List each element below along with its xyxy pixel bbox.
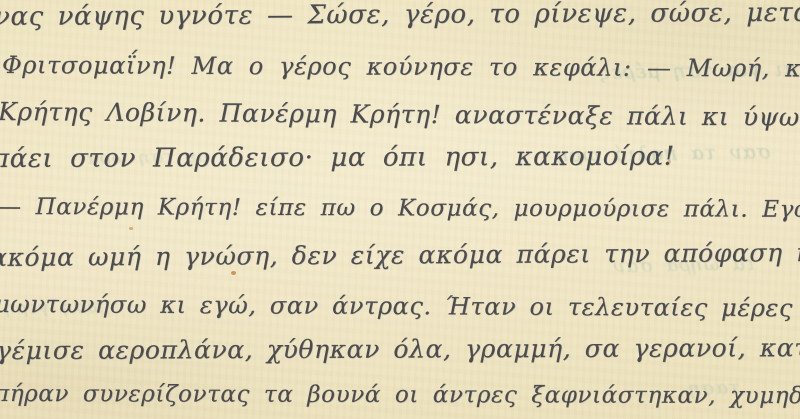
manuscript-line-3: Κρήτης Λοβίνη. Πανέρμη Κρήτη! αναστέναξε… xyxy=(0,97,800,133)
manuscript-line-2: Φριτσομαΐνη! Μα ο γέρος κούνησε το κεφάλ… xyxy=(2,51,800,84)
manuscript-line-7: μωντωνήσω κι εγώ, σαν άντρας. Ήταν οι τε… xyxy=(0,290,800,323)
ink-stain xyxy=(129,227,133,230)
manuscript-line-9: πήραν συνερίζοντας τα βουνά οι άντρες ξα… xyxy=(0,381,800,410)
manuscript-page: και για τση μέρες σαν τα παλιά ωρη με τσ… xyxy=(0,0,800,419)
manuscript-line-6: ακόμα ωμή η γνώση, δεν είχε ακόμα πάρει … xyxy=(0,237,800,272)
manuscript-line-5: — Πανέρμη Κρήτη! είπε πω ο Κοσμάς, μουρμ… xyxy=(0,194,800,223)
manuscript-line-4: πάει στον Παράδεισο· μα όπι ησι, κακομοί… xyxy=(0,142,675,174)
manuscript-line-1: νας νάψης υγνότε — Σώσε, γέρο, το ρίνεψε… xyxy=(0,0,800,32)
ink-stain xyxy=(231,271,236,275)
manuscript-line-8: γέμισε αεροπλάνα, χύθηκαν όλα, γραμμή, σ… xyxy=(0,333,800,365)
